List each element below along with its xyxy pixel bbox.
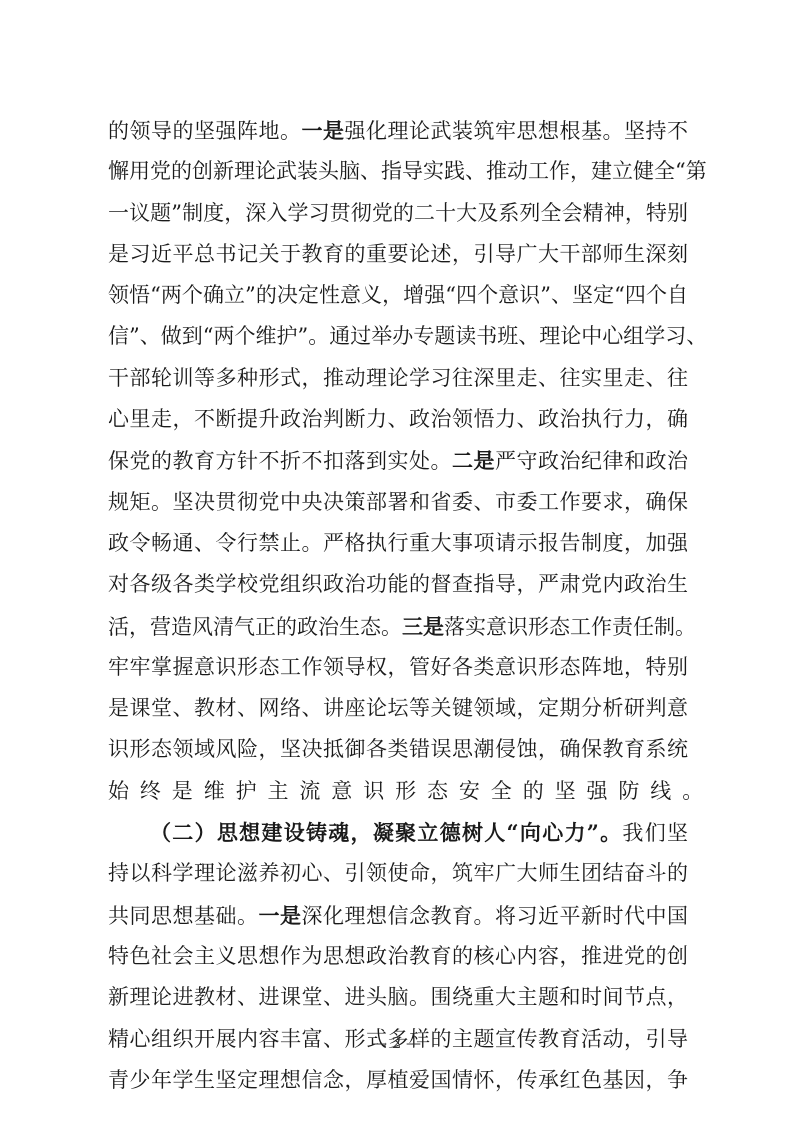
text-segment: 严守政治纪律和政治 (495, 449, 688, 473)
text-line: 懈用党的创新理论武装头脑、指导实践、推动工作，建立健全“第 (108, 151, 688, 192)
document-body: 的领导的坚强阵地。一是强化理论武装筑牢思想根基。坚持不懈用党的创新理论武装头脑、… (108, 110, 688, 1101)
text-segment: 新理论进教材、进课堂、进头脑。围绕重大主题和时间节点， (108, 985, 688, 1009)
bold-text-segment: 一是 (259, 903, 302, 928)
text-segment: 心里走，不断提升政治判断力、政治领悟力、政治执行力，确 (108, 407, 688, 431)
text-segment: 特色社会主义思想作为思想政治教育的核心内容，推进党的创 (108, 944, 688, 968)
text-line: 信”、做到“两个维护”。通过举办专题读书班、理论中心组学习、 (108, 316, 688, 357)
text-segment: 是习近平总书记关于教育的重要论述，引导广大干部师生深刻 (108, 242, 688, 266)
text-line: 对各级各类学校党组织政治功能的督查指导，严肃党内政治生 (108, 564, 688, 605)
text-segment: 强化理论武装筑牢思想根基。坚持不 (345, 119, 689, 143)
text-segment: 规矩。坚决贯彻党中央决策部署和省委、市委工作要求，确保 (108, 490, 688, 514)
text-line: 始终是维护主流意识形态安全的坚强防线。 (108, 771, 688, 812)
text-line: 领悟“两个确立”的决定性意义，增强“四个意识”、坚定“四个自 (108, 275, 688, 316)
text-segment: 我们坚 (622, 821, 688, 845)
text-segment: 干部轮训等多种形式，推动理论学习往深里走、往实里走、往 (108, 366, 688, 390)
text-segment: 共同思想基础。 (108, 904, 259, 928)
text-segment: 落实意识形态工作责任制。 (444, 615, 696, 639)
text-line: 特色社会主义思想作为思想政治教育的核心内容，推进党的创 (108, 936, 688, 977)
text-segment: 懈用党的创新理论武装头脑、指导实践、推动工作，建立健全“第 (108, 159, 707, 183)
bold-text-segment: 二是 (452, 448, 495, 473)
text-segment: 识形态领域风险，坚决抵御各类错误思潮侵蚀，确保教育系统 (108, 737, 688, 761)
text-line: 的领导的坚强阵地。一是强化理论武装筑牢思想根基。坚持不 (108, 110, 688, 151)
text-segment: 持以科学理论滋养初心、引领使命，筑牢广大师生团结奋斗的 (108, 861, 688, 885)
text-segment: 是课堂、教材、网络、讲座论坛等关键领域，定期分析研判意 (108, 696, 688, 720)
text-segment: 政令畅通、令行禁止。严格执行重大事项请示报告制度，加强 (108, 531, 688, 555)
bold-text-segment: 一是 (302, 118, 345, 143)
text-segment: 对各级各类学校党组织政治功能的督查指导，严肃党内政治生 (108, 572, 688, 596)
text-segment: 领悟“两个确立”的决定性意义，增强“四个意识”、坚定“四个自 (108, 283, 688, 307)
text-line: 干部轮训等多种形式，推动理论学习往深里走、往实里走、往 (108, 358, 688, 399)
text-line: 政令畅通、令行禁止。严格执行重大事项请示报告制度，加强 (108, 523, 688, 564)
page-number: — 2 — (0, 1034, 793, 1052)
text-segment: 深化理想信念教育。将习近平新时代中国 (302, 904, 689, 928)
text-segment: 始终是维护主流意识形态安全的坚强防线。 (108, 779, 714, 803)
text-line: 规矩。坚决贯彻党中央决策部署和省委、市委工作要求，确保 (108, 482, 688, 523)
text-segment: 保党的教育方针不折不扣落到实处。 (108, 449, 452, 473)
text-line: 一议题”制度，深入学习贯彻党的二十大及系列全会精神，特别 (108, 193, 688, 234)
text-segment: 活，营造风清气正的政治生态。 (108, 615, 402, 639)
text-line: 牢牢掌握意识形态工作领导权，管好各类意识形态阵地，特别 (108, 647, 688, 688)
bold-text-segment: 三是 (402, 614, 444, 639)
text-line: 是课堂、教材、网络、讲座论坛等关键领域，定期分析研判意 (108, 688, 688, 729)
text-line: 识形态领域风险，坚决抵御各类错误思潮侵蚀，确保教育系统 (108, 729, 688, 770)
text-line: 保党的教育方针不折不扣落到实处。二是严守政治纪律和政治 (108, 440, 688, 481)
text-segment: 青少年学生坚定理想信念，厚植爱国情怀，传承红色基因，争 (108, 1068, 688, 1092)
text-line: 心里走，不断提升政治判断力、政治领悟力、政治执行力，确 (108, 399, 688, 440)
text-segment: 的领导的坚强阵地。 (108, 119, 302, 143)
section-heading-line: （二）思想建设铸魂，凝聚立德树人“向心力”。我们坚 (108, 812, 688, 853)
text-line: 活，营造风清气正的政治生态。三是落实意识形态工作责任制。 (108, 606, 688, 647)
bold-text-segment: （二）思想建设铸魂，凝聚立德树人“向心力”。 (150, 820, 622, 845)
text-line: 青少年学生坚定理想信念，厚植爱国情怀，传承红色基因，争 (108, 1060, 688, 1101)
text-segment: 牢牢掌握意识形态工作领导权，管好各类意识形态阵地，特别 (108, 655, 688, 679)
text-segment: 信”、做到“两个维护”。通过举办专题读书班、理论中心组学习、 (108, 324, 707, 348)
text-line: 持以科学理论滋养初心、引领使命，筑牢广大师生团结奋斗的 (108, 853, 688, 894)
text-line: 新理论进教材、进课堂、进头脑。围绕重大主题和时间节点， (108, 977, 688, 1018)
document-page: 的领导的坚强阵地。一是强化理论武装筑牢思想根基。坚持不懈用党的创新理论武装头脑、… (0, 0, 793, 1122)
text-line: 共同思想基础。一是深化理想信念教育。将习近平新时代中国 (108, 895, 688, 936)
text-segment: 一议题”制度，深入学习贯彻党的二十大及系列全会精神，特别 (108, 201, 688, 225)
text-line: 是习近平总书记关于教育的重要论述，引导广大干部师生深刻 (108, 234, 688, 275)
